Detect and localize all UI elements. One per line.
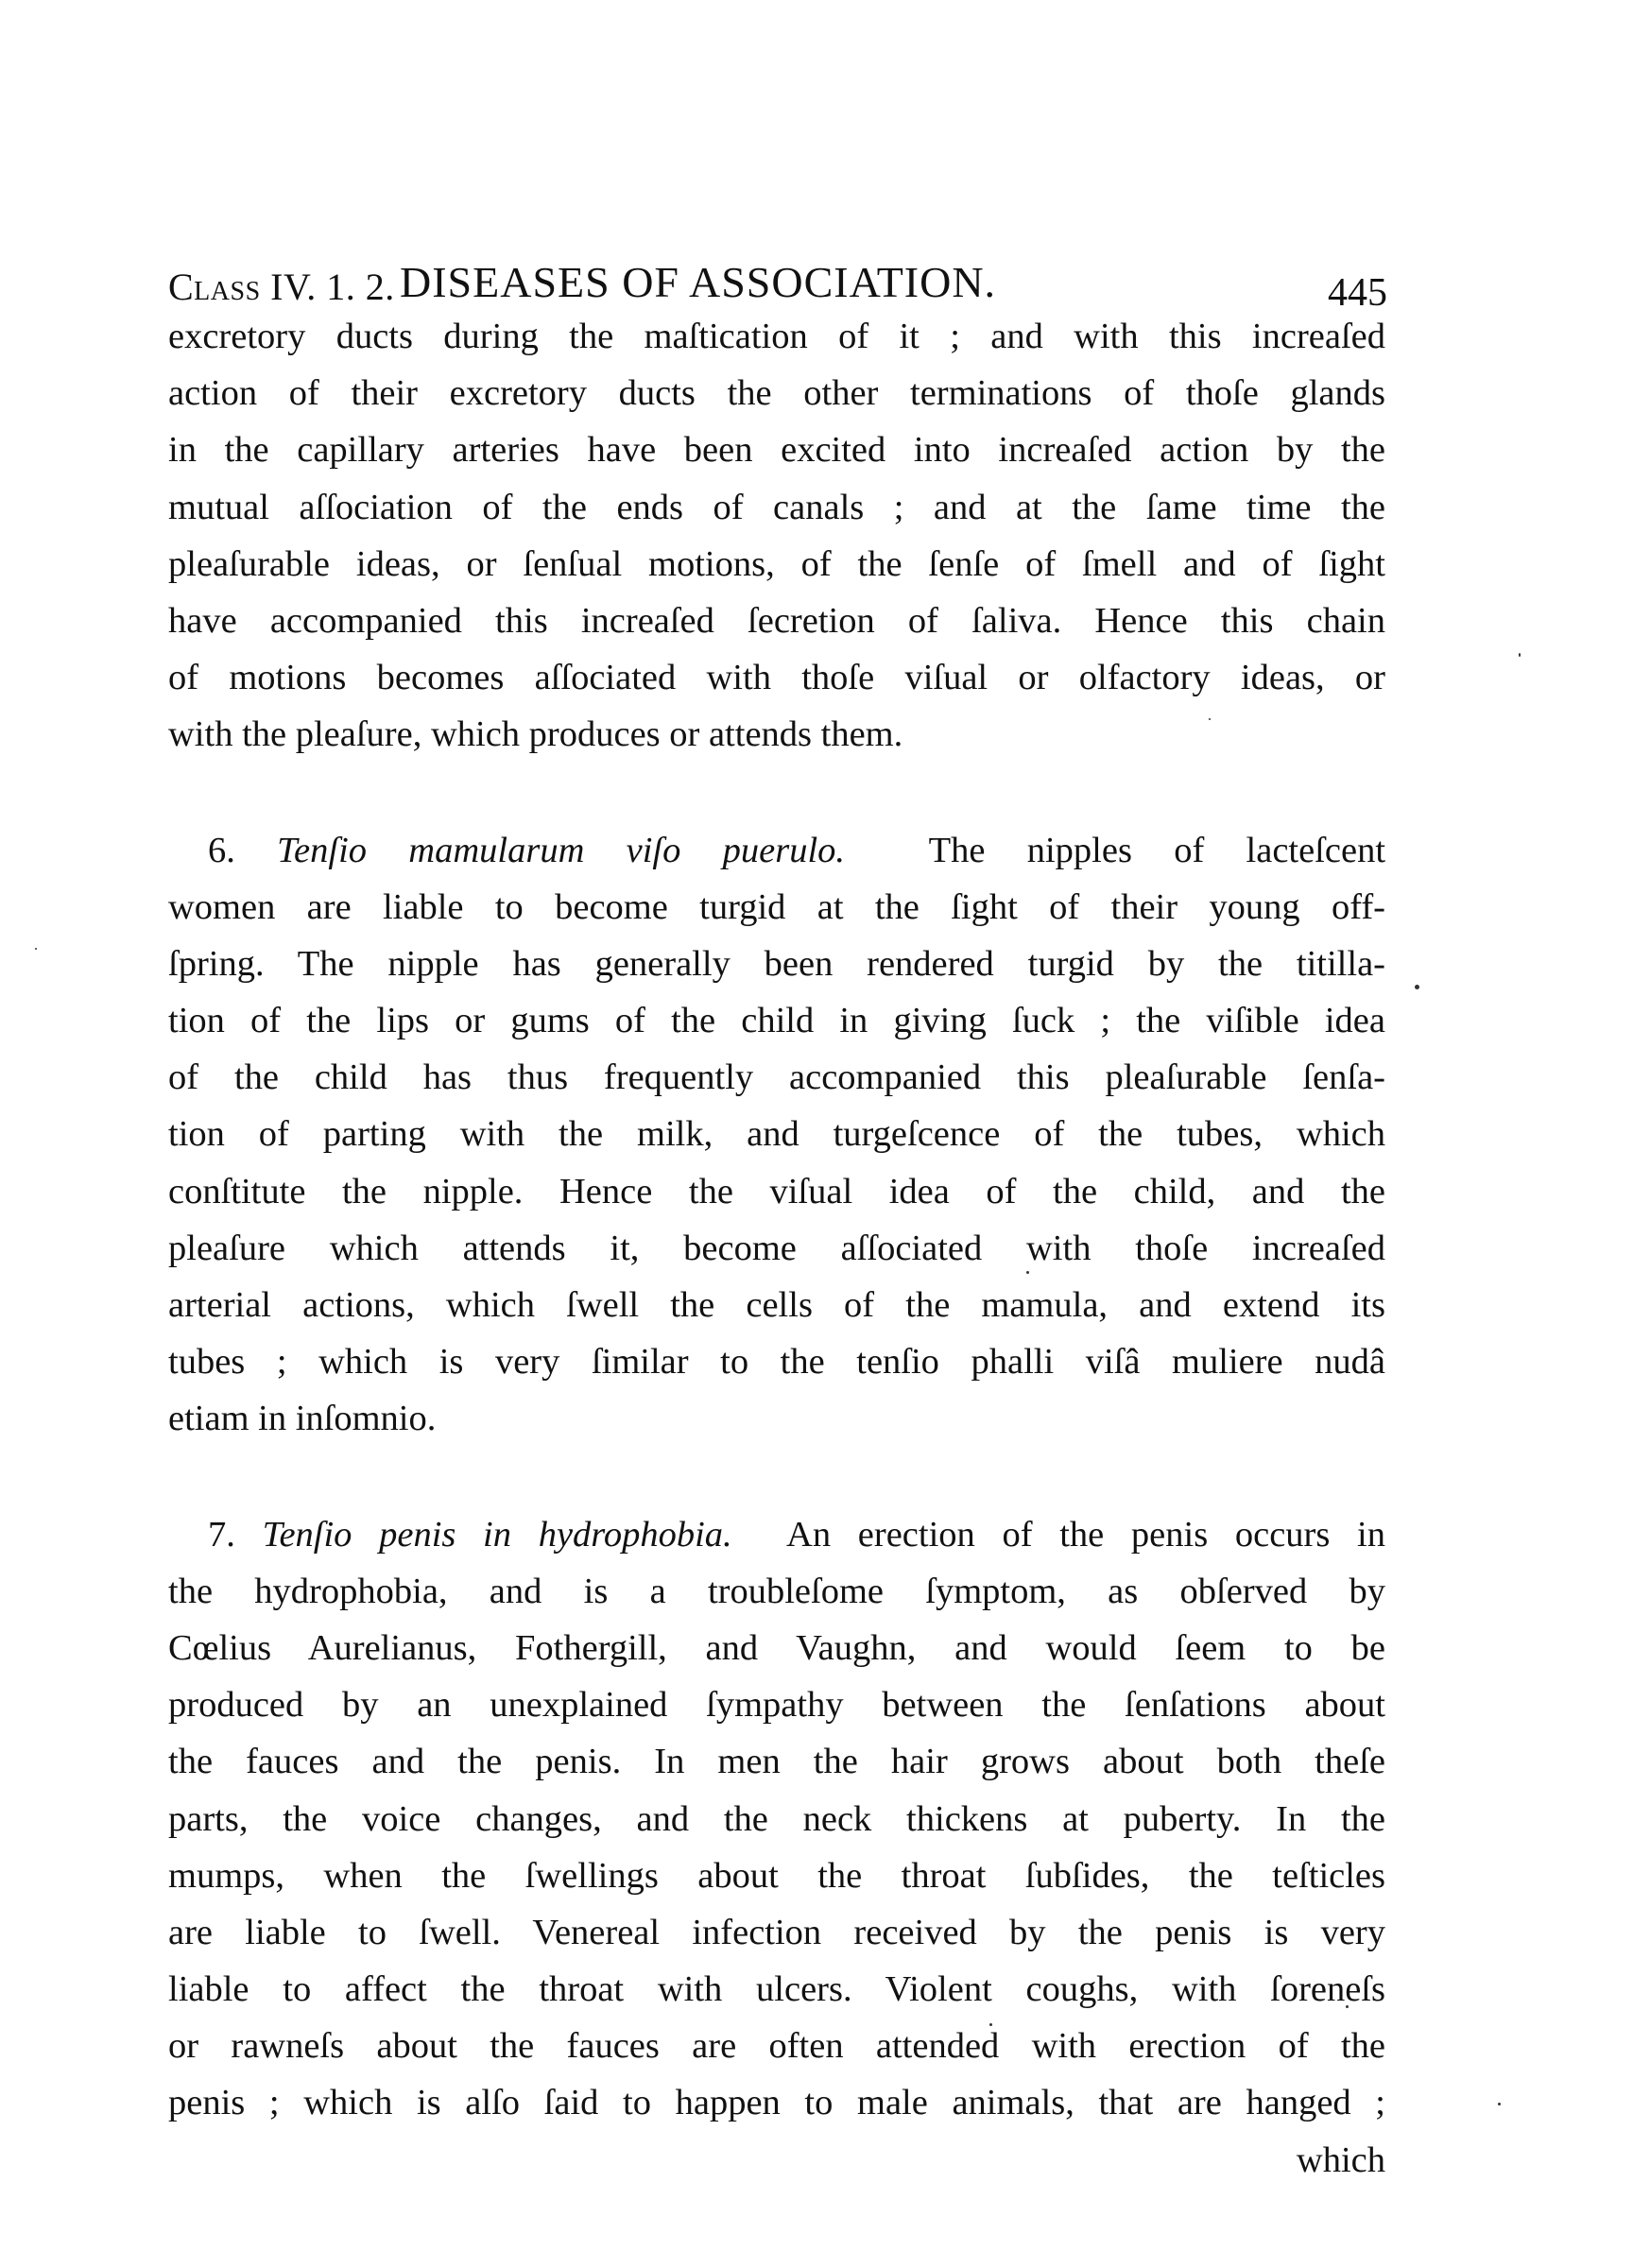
text-line: action of their excretory ducts the othe… xyxy=(168,365,1385,421)
text-line: produced by an unexplained ſympathy betw… xyxy=(168,1676,1385,1733)
text-line: etiam in inſomnio. xyxy=(168,1390,1385,1447)
scan-speck xyxy=(1209,718,1211,720)
text-line: pleaſure which attends it, become aſſoci… xyxy=(168,1220,1385,1277)
paragraph-section-7: 7. Tenſio penis in hydrophobia. An erect… xyxy=(168,1506,1385,2189)
text-line: of motions becomes aſſociated with thoſe… xyxy=(168,649,1385,706)
section-number: 7. xyxy=(208,1515,235,1555)
section-number: 6. xyxy=(208,831,235,870)
paragraph-continuation: excretory ducts during the maſtication o… xyxy=(168,308,1385,764)
text-fragment: An erection of the penis occurs in xyxy=(786,1515,1385,1555)
class-label: Class IV. 1. 2. xyxy=(168,265,395,309)
scan-speck xyxy=(1519,653,1521,657)
text-line: penis ; which is alſo ſaid to happen to … xyxy=(168,2074,1385,2131)
section-heading-line: 6. Tenſio mamularum viſo puerulo. The ni… xyxy=(168,822,1385,879)
text-line: in the capillary arteries have been exci… xyxy=(168,421,1385,478)
paragraph-gap xyxy=(168,1448,1385,1506)
section-heading-line: 7. Tenſio penis in hydrophobia. An erect… xyxy=(168,1506,1385,1563)
scan-speck xyxy=(1498,2103,1501,2105)
paragraph-section-6: 6. Tenſio mamularum viſo puerulo. The ni… xyxy=(168,822,1385,1448)
text-line: are liable to ſwell. Venereal infection … xyxy=(168,1904,1385,1961)
text-line: of the child has thus frequently accompa… xyxy=(168,1049,1385,1106)
text-line: ſpring. The nipple has generally been re… xyxy=(168,936,1385,992)
paragraph-gap xyxy=(168,764,1385,822)
scan-speck xyxy=(1415,985,1419,989)
catchword: which xyxy=(168,2132,1385,2189)
chapter-title: DISEASES OF ASSOCIATION. xyxy=(400,257,996,307)
text-line: tion of the lips or gums of the child in… xyxy=(168,992,1385,1049)
text-line: conſtitute the nipple. Hence the viſual … xyxy=(168,1163,1385,1220)
text-line: excretory ducts during the maſtication o… xyxy=(168,308,1385,365)
text-line: tubes ; which is very ſimilar to the ten… xyxy=(168,1333,1385,1390)
scan-speck xyxy=(1346,2005,1349,2008)
section-heading: Tenſio mamularum viſo puerulo. xyxy=(277,831,845,870)
text-line: pleaſurable ideas, or ſenſual motions, o… xyxy=(168,536,1385,593)
text-line: mutual aſſociation of the ends of canals… xyxy=(168,479,1385,536)
scan-speck xyxy=(35,948,37,950)
text-line: mumps, when the ſwellings about the thro… xyxy=(168,1847,1385,1904)
text-line: the hydrophobia, and is a troubleſome ſy… xyxy=(168,1563,1385,1620)
text-line: with the pleaſure, which produces or att… xyxy=(168,706,1385,763)
text-line: Cœlius Aurelianus, Fothergill, and Vaugh… xyxy=(168,1620,1385,1676)
scan-speck xyxy=(989,2023,992,2026)
text-line: parts, the voice changes, and the neck t… xyxy=(168,1791,1385,1847)
text-line: tion of parting with the milk, and turge… xyxy=(168,1106,1385,1162)
text-fragment: The nipples of lacteſcent xyxy=(929,831,1385,870)
text-line: the fauces and the penis. In men the hai… xyxy=(168,1733,1385,1790)
body-text: excretory ducts during the maſtication o… xyxy=(168,308,1385,2189)
text-line: arterial actions, which ſwell the cells … xyxy=(168,1277,1385,1333)
text-line: have accompanied this increaſed ſecretio… xyxy=(168,593,1385,649)
section-heading: Tenſio penis in hydrophobia. xyxy=(263,1515,732,1555)
book-page: Class IV. 1. 2. DISEASES OF ASSOCIATION.… xyxy=(0,0,1633,2268)
text-line: or rawneſs about the fauces are often at… xyxy=(168,2018,1385,2074)
text-line: women are liable to become turgid at the… xyxy=(168,879,1385,936)
running-head: Class IV. 1. 2. DISEASES OF ASSOCIATION.… xyxy=(168,253,1387,310)
scan-speck xyxy=(1026,1271,1029,1274)
text-line: liable to affect the throat with ulcers.… xyxy=(168,1961,1385,2018)
